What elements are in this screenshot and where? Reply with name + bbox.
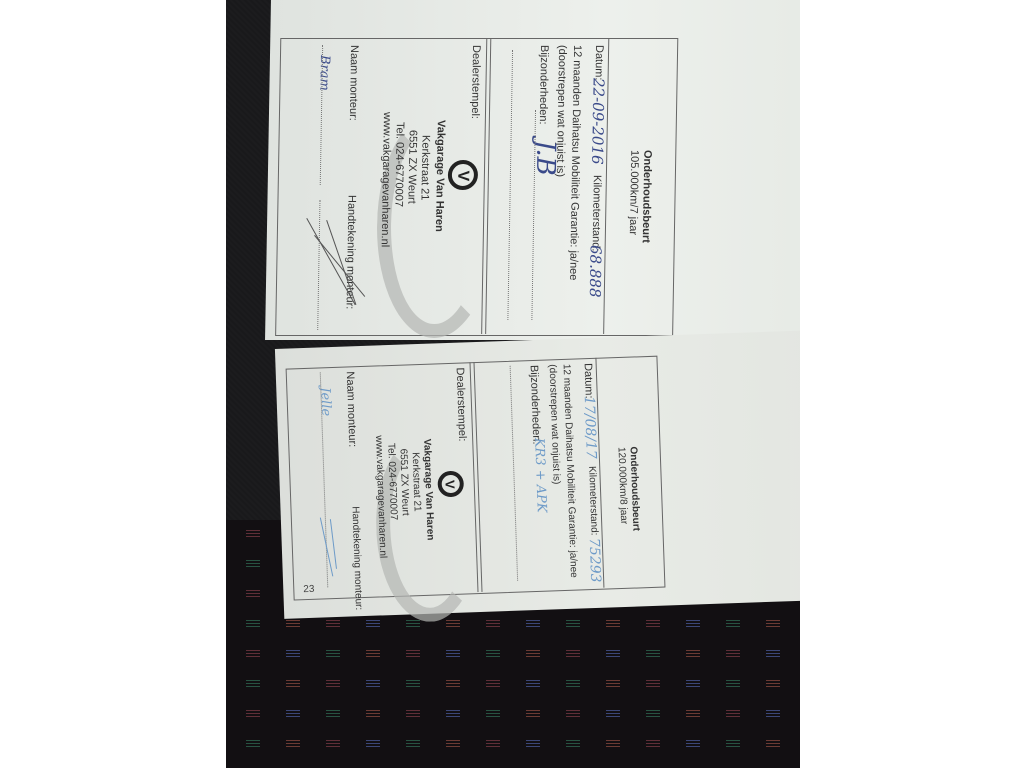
fabric-fleck [566,650,580,658]
booklet-page-105000: Onderhoudsbeurt 105.000km/7 jaar Datum: … [265,0,800,340]
fabric-fleck [686,710,700,718]
fabric-fleck [406,740,420,748]
fabric-fleck [286,650,300,658]
fabric-fleck [646,740,660,748]
fabric-fleck [526,680,540,688]
fabric-fleck [486,650,500,658]
fabric-fleck [366,650,380,658]
fabric-fleck [286,620,300,628]
fabric-fleck [766,710,780,718]
fabric-fleck [766,680,780,688]
fabric-fleck [246,710,260,718]
fabric-fleck [326,650,340,658]
fabric-fleck [766,620,780,628]
km-value: 68.888 [586,245,605,298]
notes-value: KR3 + APK [531,438,549,513]
fabric-fleck [326,680,340,688]
fabric-fleck [526,650,540,658]
stamp-street: Kerkstraat 21 [418,135,431,200]
fabric-fleck [446,620,460,628]
mechanic-value: Bram [316,55,332,91]
fabric-fleck [606,710,620,718]
date-label: Datum: [593,45,606,80]
km-value: 75293 [586,538,604,583]
fabric-fleck [686,650,700,658]
date-label: Datum: [582,363,595,399]
date-value: 22-09-2016 [588,78,608,164]
fabric-fleck [366,680,380,688]
fabric-fleck [366,620,380,628]
fabric-fleck [606,650,620,658]
fabric-fleck [246,620,260,628]
fabric-fleck [566,680,580,688]
fabric-fleck [726,680,740,688]
fabric-fleck [326,620,340,628]
fabric-fleck [286,740,300,748]
fabric-fleck [526,740,540,748]
fabric-fleck [366,710,380,718]
stamp-label: Dealerstempel: [454,367,469,441]
fabric-fleck [726,620,740,628]
fabric-fleck [406,620,420,628]
fabric-fleck [766,740,780,748]
fabric-fleck [446,740,460,748]
fabric-fleck [686,680,700,688]
fabric-fleck [246,650,260,658]
date-value: 17/08/17 [581,396,599,459]
fabric-fleck [326,710,340,718]
fabric-fleck [646,620,660,628]
stamp-name: Vakgarage Van Haren [433,120,447,232]
km-label: Kilometerstand: [586,466,599,536]
fabric-fleck [526,710,540,718]
stamp-street: Kerkstraat 21 [410,452,423,512]
fabric-fleck [486,740,500,748]
fabric-fleck [326,740,340,748]
fabric-fleck [486,620,500,628]
fabric-fleck [606,740,620,748]
fabric-fleck [406,680,420,688]
fabric-fleck [766,650,780,658]
service-booklet: Onderhoudsbeurt 105.000km/7 jaar Datum: … [246,0,800,600]
fabric-fleck [686,740,700,748]
fabric-fleck [406,650,420,658]
booklet-page-120000: Onderhoudsbeurt 120.000km/8 jaar Datum: … [275,330,800,619]
fabric-fleck [686,620,700,628]
entry-subtitle: 105.000km/7 jaar [627,150,640,235]
stamp-phone: Tel. 024-6770007 [392,122,405,207]
stamp-label: Dealerstempel: [469,45,482,119]
stamp-city: 6551 ZX Weurt [405,130,418,204]
fabric-fleck [406,710,420,718]
entry-title: Onderhoudsbeurt [640,150,654,243]
photo: Onderhoudsbeurt 105.000km/7 jaar Datum: … [226,0,800,768]
fabric-fleck [726,740,740,748]
fabric-fleck [566,620,580,628]
fabric-fleck [246,740,260,748]
fabric-fleck [606,680,620,688]
fabric-fleck [726,650,740,658]
stamp-web: www.vakgaragevanharen.nl [379,112,393,247]
fabric-fleck [566,740,580,748]
mechanic-label: Naam monteur: [347,45,360,121]
fabric-fleck [486,710,500,718]
notes-label: Bijzonderheden: [537,45,550,125]
fabric-fleck [286,710,300,718]
fabric-fleck [486,680,500,688]
fabric-fleck [646,680,660,688]
fabric-fleck [446,650,460,658]
fabric-fleck [646,650,660,658]
fabric-fleck [526,620,540,628]
km-label: Kilometerstand: [590,175,603,251]
page-number: 23 [303,584,315,595]
fabric-fleck [366,740,380,748]
fabric-fleck [606,620,620,628]
fabric-fleck [446,680,460,688]
stamp-city: 6551 ZX Weurt [397,448,410,515]
fabric-fleck [566,710,580,718]
fabric-fleck [646,710,660,718]
fabric-fleck [286,680,300,688]
fabric-fleck [446,710,460,718]
fabric-fleck [246,680,260,688]
fabric-fleck [726,710,740,718]
